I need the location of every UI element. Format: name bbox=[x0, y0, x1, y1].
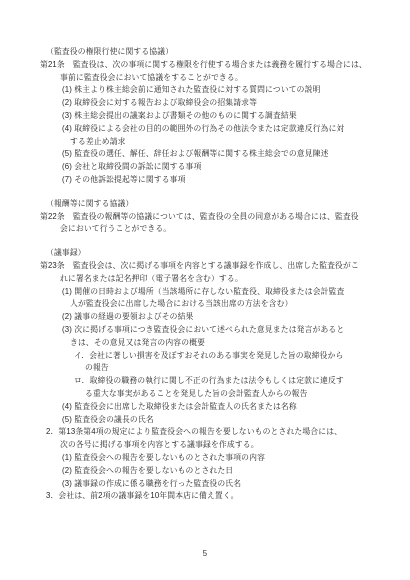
document-body: （監査役の権限行使に関する協議）第21条 監査役は、次の事項に関する権限を行使す… bbox=[40, 46, 386, 503]
document-line: 2．第13条第4項の規定により監査役会への報告を要しないものとされた場合には、 bbox=[46, 426, 386, 439]
document-line: (6) 会社と取締役間の訴訟に関する事項 bbox=[62, 161, 386, 174]
document-line: (5) 監査役会の議長の氏名 bbox=[62, 414, 386, 427]
document-line: 第22条 監査役の報酬等の協議については、監査役の全員の同意がある場合には、監査… bbox=[40, 211, 386, 224]
section-heading: （議事録） bbox=[46, 247, 386, 260]
document-line: (5) 監査役の選任、解任、辞任および報酬等に関する株主総会での意見陳述 bbox=[62, 148, 386, 161]
document-line: の報告 bbox=[85, 362, 386, 375]
document-line: 3．会社は、前2項の議事録を10年間本店に備え置く。 bbox=[46, 490, 386, 503]
document-line: 会において行うことができる。 bbox=[60, 223, 386, 236]
document-line: (3) 株主総会提出の議案および書類その他のものに関する調査結果 bbox=[62, 110, 386, 123]
page-number: 5 bbox=[0, 549, 410, 558]
document-line: (3) 次に掲げる事項につき監査役会において述べられた意見または発言があると bbox=[62, 324, 386, 337]
document-line: る重大な事実があることを発見した旨の会計監査人からの報告 bbox=[85, 388, 386, 401]
section-heading: （報酬等に関する協議） bbox=[46, 198, 386, 211]
document-line: 事前に監査役会において協議をすることができる。 bbox=[60, 72, 386, 85]
section-gap bbox=[40, 187, 386, 198]
document-line: する差止め請求 bbox=[70, 136, 386, 149]
document-line: 次の各号に掲げる事項を内容とする議事録を作成する。 bbox=[60, 439, 386, 452]
document-line: (2) 監査役会への報告を要しないものとされた日 bbox=[62, 465, 386, 478]
document-line: イ．会社に著しい損害を及ぼすおそれのある事実を発見した旨の取締役から bbox=[74, 350, 386, 363]
document-line: (1) 監査役会への報告を要しないものとされた事項の内容 bbox=[62, 452, 386, 465]
section-heading: （監査役の権限行使に関する協議） bbox=[46, 46, 386, 59]
document-line: (3) 議事録の作成に係る職務を行った監査役の氏名 bbox=[62, 478, 386, 491]
document-line: 人が監査役会に出席した場合における当該出席の方法を含む） bbox=[70, 298, 386, 311]
document-line: (7) その他訴訟提起等に関する事項 bbox=[62, 174, 386, 187]
document-line: ロ．取締役の職務の執行に関し不正の行為または法令もしくは定款に違反す bbox=[74, 375, 386, 388]
document-line: 第23条 監査役会は、次に掲げる事項を内容とする議事録を作成し、出席した監査役が… bbox=[40, 260, 386, 273]
document-line: 第21条 監査役は、次の事項に関する権限を行使する場合または義務を履行する場合に… bbox=[40, 59, 386, 72]
document-line: れに署名または記名押印（電子署名を含む）する。 bbox=[60, 273, 386, 286]
document-line: (2) 議事の経過の要領およびその結果 bbox=[62, 311, 386, 324]
document-line: (1) 株主より株主総会前に通知された監査役に対する質問についての説明 bbox=[62, 84, 386, 97]
section-gap bbox=[40, 236, 386, 247]
document-line: (4) 監査役会に出席した取締役または会計監査人の氏名または名称 bbox=[62, 401, 386, 414]
document-line: (2) 取締役会に対する報告および取締役会の招集請求等 bbox=[62, 97, 386, 110]
document-line: (1) 開催の日時および場所（当該場所に存しない監査役、取締役または会計監査 bbox=[62, 286, 386, 299]
document-line: (4) 取締役による会社の目的の範囲外の行為その他法令または定款違反行為に対 bbox=[62, 123, 386, 136]
document-line: きは、その意見又は発言の内容の概要 bbox=[70, 337, 386, 350]
document-page: （監査役の権限行使に関する協議）第21条 監査役は、次の事項に関する権限を行使す… bbox=[0, 0, 410, 580]
